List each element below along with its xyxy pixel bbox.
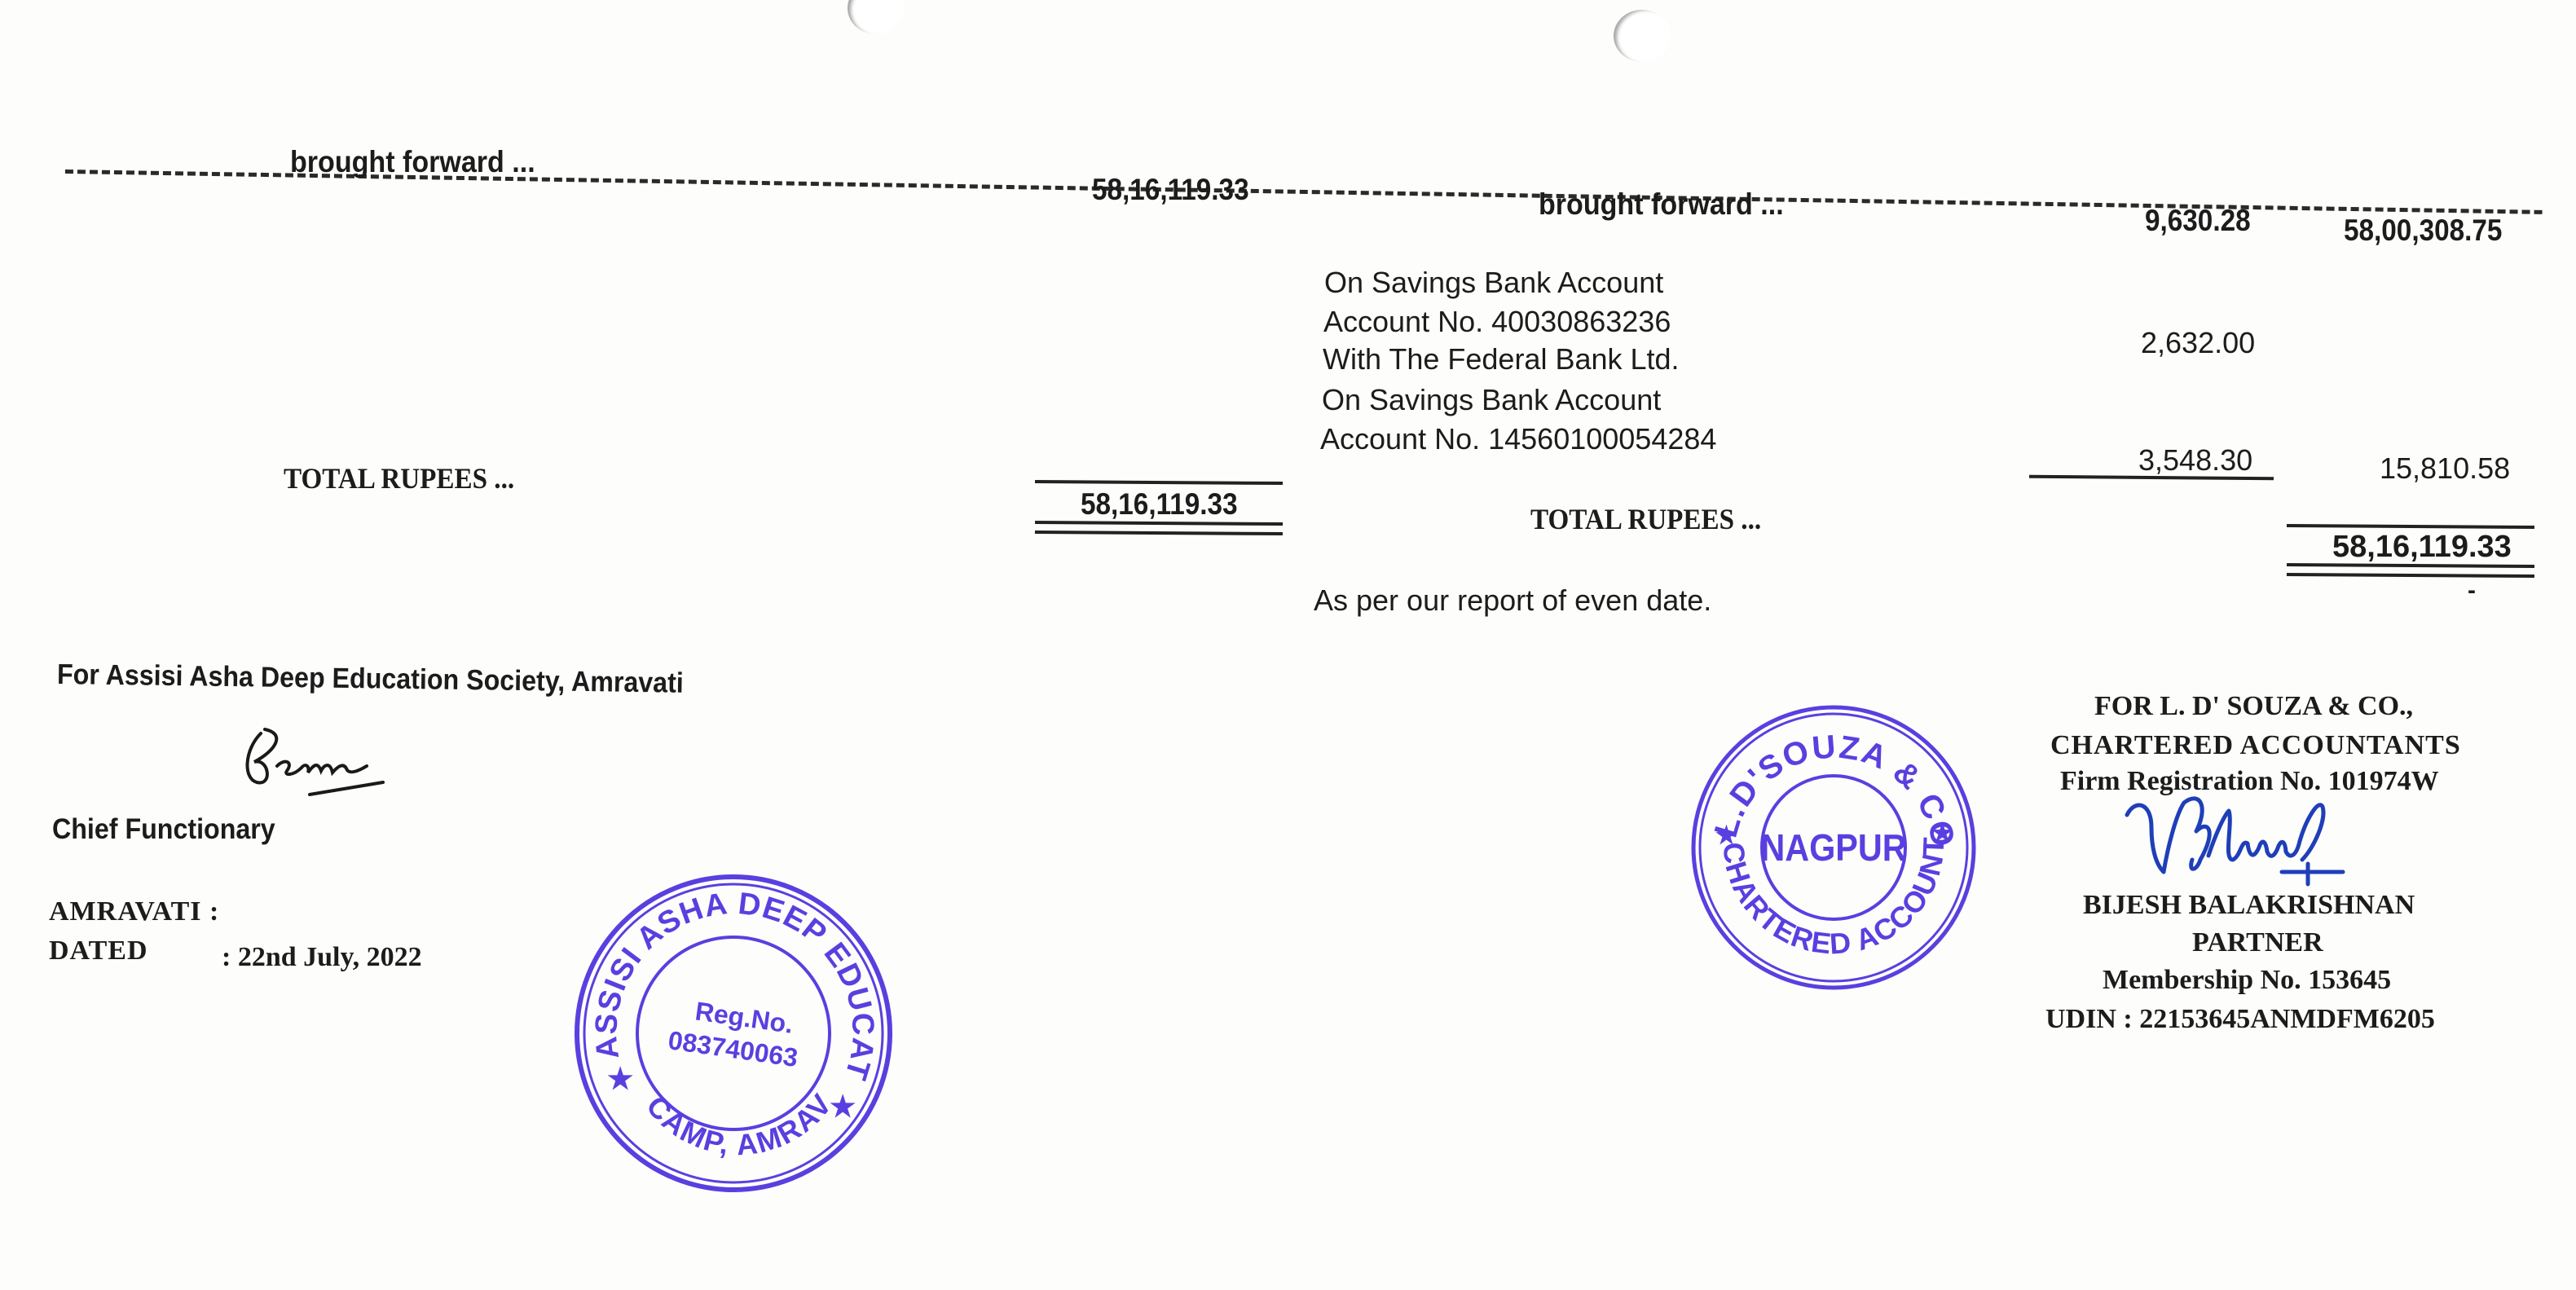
entry-account-no-2: Account No. 14560100054284: [1320, 422, 1716, 456]
svg-text:★: ★: [607, 1062, 633, 1095]
auditor-partner-name: BIJESH BALAKRISHNAN: [2083, 890, 2415, 921]
auditor-membership: Membership No. 153645: [2103, 965, 2391, 996]
svg-text:★: ★: [1715, 822, 1737, 849]
sub-amount-federal-bank: 2,632.00: [2141, 326, 2255, 360]
society-signature: Beena: [236, 717, 416, 807]
dated-label: DATED: [49, 936, 148, 966]
left-brought-forward-label: brought forward ...: [290, 145, 535, 179]
right-total-dash-mark: -: [2468, 577, 2476, 605]
auditor-firm-line: FOR L. D' SOUZA & CO.,: [2094, 691, 2413, 722]
punch-hole-left: [848, 0, 905, 34]
report-note: As per our report of even date.: [1314, 583, 1711, 618]
right-total-label: TOTAL RUPEES ...: [1530, 502, 1761, 536]
section-total-amount: 15,810.58: [2380, 451, 2510, 486]
society-designation: Chief Functionary: [52, 813, 275, 846]
left-total-label: TOTAL RUPEES ...: [284, 461, 514, 495]
svg-text:★: ★: [830, 1090, 856, 1123]
left-brought-forward-amount: 58,16,119.33: [1092, 173, 1249, 207]
society-for-line: For Assisi Asha Deep Education Society, …: [57, 658, 684, 700]
right-total-amount: 58,16,119.33: [2332, 530, 2512, 565]
auditor-firm-type: CHARTERED ACCOUNTANTS: [2050, 730, 2461, 761]
auditor-partner-title: PARTNER: [2192, 927, 2323, 958]
auditor-stamp: L.D'SOUZA & CO. CHARTERED ACCOUNTANTS ★ …: [1687, 701, 1980, 994]
entry-savings-account-1: On Savings Bank Account: [1324, 266, 1663, 300]
left-total-double-rule: [1035, 521, 1283, 535]
svg-text:NAGPUR: NAGPUR: [1760, 827, 1906, 870]
right-brought-forward-sub: 9,630.28: [2145, 204, 2251, 238]
auditor-udin: UDIN : 22153645ANMDFM6205: [2045, 1004, 2435, 1035]
entry-savings-account-2: On Savings Bank Account: [1322, 383, 1661, 417]
svg-text:★: ★: [1931, 820, 1953, 847]
right-total-top-rule: [2287, 524, 2534, 529]
right-brought-forward-amount: 58,00,308.75: [2344, 214, 2502, 248]
right-brought-forward-label: brought forward ...: [1539, 187, 1784, 222]
dated-value: : 22nd July, 2022: [222, 942, 422, 973]
punch-hole-right: [1614, 10, 1671, 62]
right-total-double-rule: [2287, 563, 2534, 578]
auditor-signature: Balkrishnan: [2119, 782, 2380, 896]
society-stamp: ASSISI ASHA DEEP EDUCATION SOCIETY CAMP,…: [570, 870, 896, 1196]
entry-federal-bank: With The Federal Bank Ltd.: [1323, 342, 1680, 376]
left-total-top-rule: [1035, 480, 1283, 485]
place-label: AMRAVATI :: [49, 896, 219, 927]
sub-amount-second-account: 3,548.30: [2138, 443, 2252, 478]
entry-account-no-1: Account No. 40030863236: [1323, 305, 1671, 339]
left-total-amount: 58,16,119.33: [1081, 487, 1238, 522]
